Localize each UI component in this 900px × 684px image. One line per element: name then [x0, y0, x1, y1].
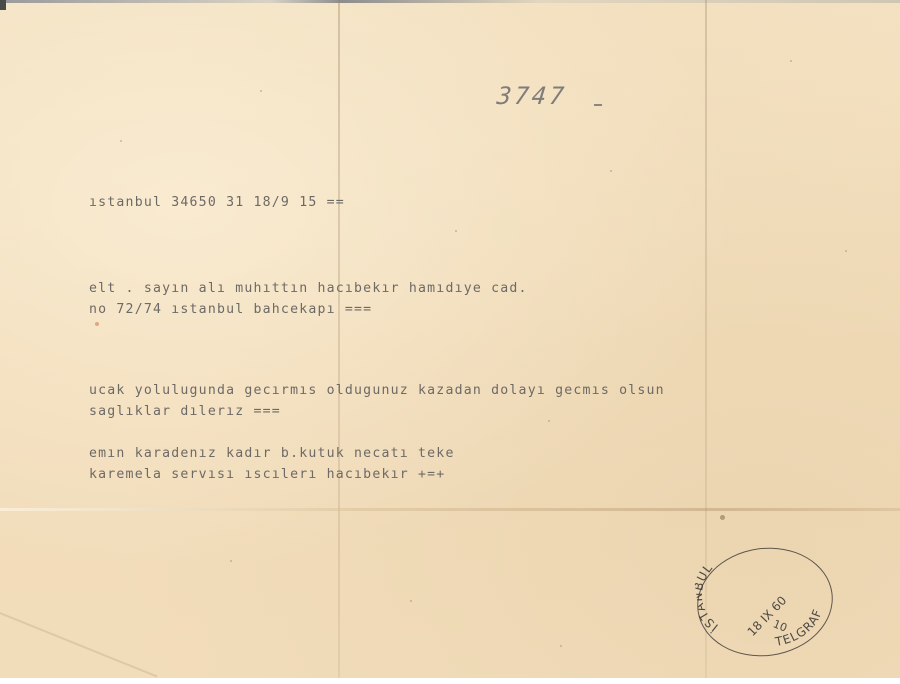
- telegram-paper: 3747 ıstanbul 34650 31 18/9 15 == elt . …: [0, 0, 900, 678]
- postmark-stamp: İSTANBUL TELGRAF 18 IX 60 10: [690, 539, 840, 665]
- serial-dash: [594, 104, 602, 106]
- signature-line-1: emın karadenız kadır b.kutuk necatı teke: [89, 446, 455, 461]
- svg-text:İSTANBUL: İSTANBUL: [691, 559, 724, 637]
- address-line-1: elt . sayın alı muhıttın hacıbekır hamıd…: [89, 281, 528, 296]
- stamp-hour: 10: [771, 617, 789, 634]
- scan-corner-mark: [0, 0, 6, 10]
- postmark-stamp-icon: İSTANBUL TELGRAF 18 IX 60 10: [691, 540, 838, 664]
- signature-line-2: karemela servısı ıscılerı hacıbekır +=+: [89, 467, 445, 482]
- message-line-2: saglıklar dılerız ===: [89, 404, 281, 419]
- vertical-fold-line: [338, 0, 340, 678]
- address-line-2: no 72/74 ıstanbul bahcekapı ===: [89, 302, 372, 317]
- scan-top-edge: [0, 0, 900, 3]
- stamp-top-text: İSTANBUL: [691, 559, 724, 637]
- horizontal-fold-line: [0, 508, 900, 511]
- corner-crease: [0, 612, 158, 678]
- message-line-1: ucak yolulugunda gecırmıs oldugunuz kaza…: [89, 383, 665, 398]
- telegram-header-line: ıstanbul 34650 31 18/9 15 ==: [89, 195, 345, 210]
- serial-number: 3747: [496, 82, 569, 110]
